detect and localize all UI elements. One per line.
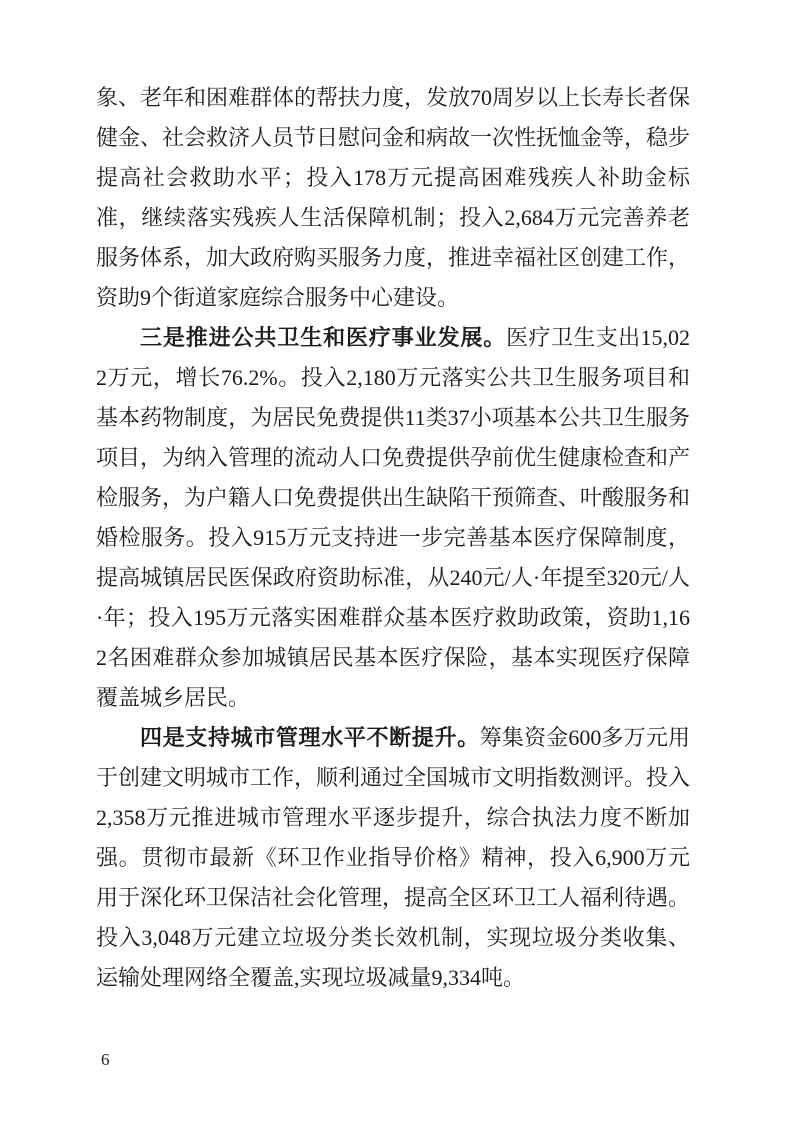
paragraph: 象、老年和困难群体的帮扶力度，发放70周岁以上长寿长者保健金、社会救济人员节日慰… (96, 78, 690, 318)
paragraph: 三是推进公共卫生和医疗事业发展。医疗卫生支出15,022万元，增长76.2%。投… (96, 318, 690, 718)
document-page: 象、老年和困难群体的帮扶力度，发放70周岁以上长寿长者保健金、社会救济人员节日慰… (0, 0, 794, 1123)
page-number: 6 (101, 1049, 110, 1071)
paragraph-text: 象、老年和困难群体的帮扶力度，发放70周岁以上长寿长者保健金、社会救济人员节日慰… (96, 85, 690, 310)
paragraph-text: 医疗卫生支出15,022万元，增长76.2%。投入2,180万元落实公共卫生服务… (96, 325, 690, 710)
paragraph-lead-bold: 三是推进公共卫生和医疗事业发展。 (140, 325, 506, 350)
paragraph-text: 筹集资金600多万元用于创建文明城市工作，顺利通过全国城市文明指数测评。投入2,… (96, 725, 690, 990)
paragraph: 四是支持城市管理水平不断提升。筹集资金600多万元用于创建文明城市工作，顺利通过… (96, 718, 690, 998)
document-body: 象、老年和困难群体的帮扶力度，发放70周岁以上长寿长者保健金、社会救济人员节日慰… (96, 78, 690, 998)
paragraph-lead-bold: 四是支持城市管理水平不断提升。 (140, 725, 480, 750)
